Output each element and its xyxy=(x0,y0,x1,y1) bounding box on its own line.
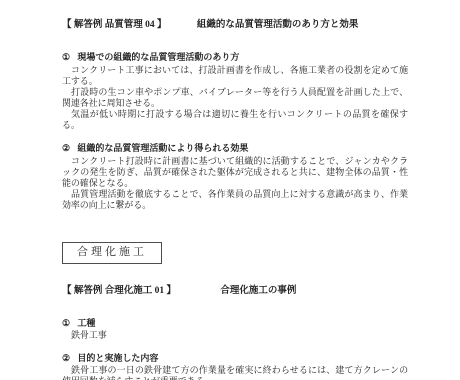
section-header: 【 解答例 合理化施工 01 】 合理化施工の事例 xyxy=(62,286,408,297)
item-label: 現場での組織的な品質管理活動のあり方 xyxy=(77,52,239,62)
chapter-heading-box: 合理化施工 xyxy=(62,242,162,264)
circled-number: ② xyxy=(62,143,70,153)
body-paragraph: 打設時の生コン車やポンプ車、バイブレーター等を行う人員配置を計画した上で、関連各… xyxy=(62,87,408,109)
section-header: 【 解答例 品質管理 04 】 組織的な品質管理活動のあり方と効果 xyxy=(62,20,408,31)
section-title: 合理化施工の事例 xyxy=(220,286,296,296)
body-paragraph: 気温が低い時期に打設する場合は適切に養生を行いコンクリートの品質を確保する。 xyxy=(62,109,408,131)
item-heading: ② 目的と実施した内容 xyxy=(62,353,408,364)
body-paragraph: コンクリート打設時に計画書に基づいて組織的に活動することで、ジャンカやクラックの… xyxy=(62,156,408,189)
item-heading: ② 組織的な品質管理活動により得られる効果 xyxy=(62,143,408,154)
body-paragraph: 品質管理活動を徹底することで、各作業員の品質向上に対する意識が高まり、作業効率の… xyxy=(62,189,408,211)
answer-example-label: 【 解答例 合理化施工 01 】 xyxy=(62,286,176,296)
numbered-item-1: ① 工種 鉄骨工事 xyxy=(62,318,408,341)
answer-example-label: 【 解答例 品質管理 04 】 xyxy=(62,20,167,30)
item-heading: ① 現場での組織的な品質管理活動のあり方 xyxy=(62,52,408,63)
document-page: 【 解答例 品質管理 04 】 組織的な品質管理活動のあり方と効果 ① 現場での… xyxy=(0,0,460,380)
body-paragraph: コンクリート工事においては、打設計画書を作成し、各施工業者の役割を定めて施工する… xyxy=(62,65,408,87)
numbered-item-2: ② 組織的な品質管理活動により得られる効果 コンクリート打設時に計画書に基づいて… xyxy=(62,143,408,211)
item-label: 組織的な品質管理活動により得られる効果 xyxy=(77,143,248,153)
item-label: 目的と実施した内容 xyxy=(77,353,158,363)
section-rationalized-construction: 【 解答例 合理化施工 01 】 合理化施工の事例 ① 工種 鉄骨工事 ② 目的… xyxy=(62,286,408,380)
document-content: 【 解答例 品質管理 04 】 組織的な品質管理活動のあり方と効果 ① 現場での… xyxy=(62,20,408,380)
section-quality-control: 【 解答例 品質管理 04 】 組織的な品質管理活動のあり方と効果 ① 現場での… xyxy=(62,20,408,211)
section-title: 組織的な品質管理活動のあり方と効果 xyxy=(197,20,359,30)
circled-number: ① xyxy=(62,52,70,62)
numbered-item-1: ① 現場での組織的な品質管理活動のあり方 コンクリート工事においては、打設計画書… xyxy=(62,52,408,131)
item-heading: ① 工種 xyxy=(62,318,408,329)
circled-number: ② xyxy=(62,353,70,363)
circled-number: ① xyxy=(62,318,70,328)
chapter-heading-wrap: 合理化施工 xyxy=(62,242,408,264)
item-label: 工種 xyxy=(77,318,95,328)
body-paragraph: 鉄骨工事 xyxy=(62,330,408,341)
numbered-item-2: ② 目的と実施した内容 鉄骨工事の一日の鉄骨建て方の作業量を確実に終わらせるには… xyxy=(62,353,408,380)
body-paragraph: 鉄骨工事の一日の鉄骨建て方の作業量を確実に終わらせるには、建て方クレーンの使用回… xyxy=(62,365,408,380)
